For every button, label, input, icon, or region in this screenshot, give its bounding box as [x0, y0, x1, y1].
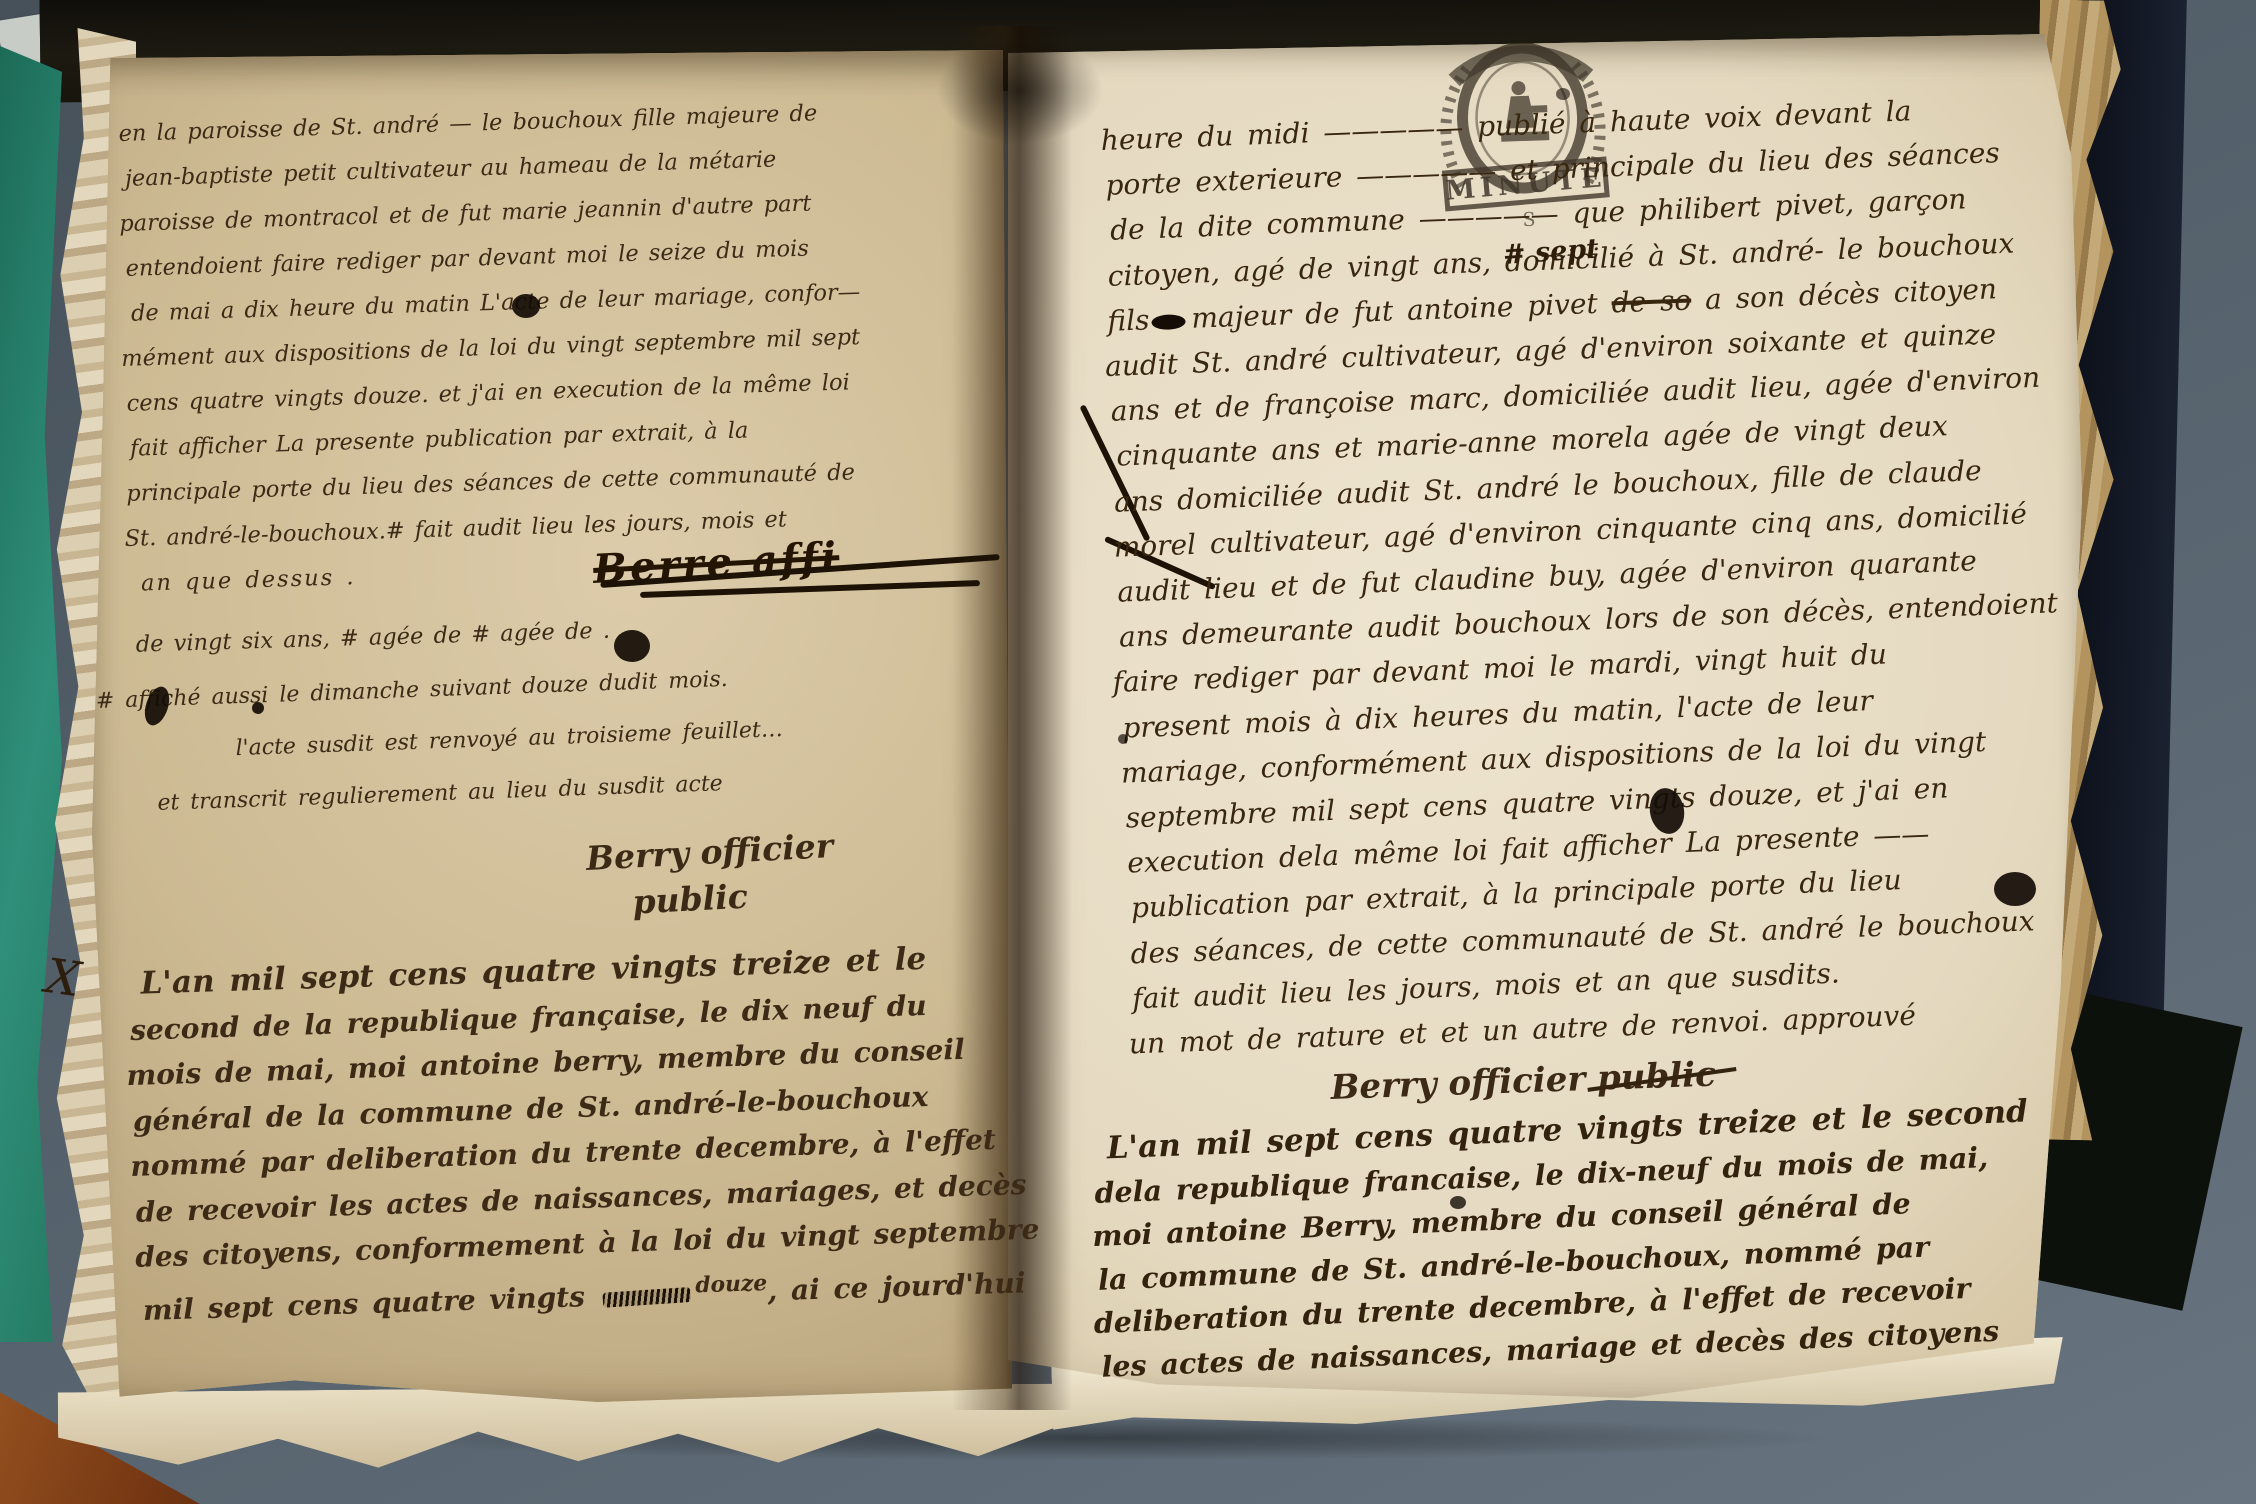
ink-blot [1118, 734, 1128, 744]
ink-blot [1556, 88, 1570, 100]
left-page-paragraph-2: L'an mil sept cens quatre vingts treize … [128, 934, 1042, 1333]
photo-open-register: MINUTE S en la paroisse de St. andré — l… [0, 0, 2256, 1504]
line-segment: fils [1107, 303, 1150, 338]
scratched-word [602, 1287, 691, 1308]
right-page-paragraph-1: heure du midi ————— publié à haute voix … [1100, 84, 2073, 1067]
inserted-correction: douze [695, 1270, 768, 1298]
binding-cloth [0, 46, 62, 1342]
line-segment: a son décès citoyen [1704, 272, 1997, 316]
left-page-margin-note: # affiché aussi le dimanche suivant douz… [95, 652, 786, 832]
ink-blot [512, 294, 540, 318]
struck-words: de so [1611, 283, 1692, 319]
ink-blot [1994, 872, 2036, 906]
right-page-paragraph-2: L'an mil sept cens quatre vingts treize … [1092, 1090, 2037, 1388]
left-page-signature: Berry officier public [585, 823, 837, 928]
line-segment: mil sept cens quatre vingts [142, 1279, 599, 1326]
ink-blot [1151, 314, 1186, 330]
ink-blot [252, 702, 264, 714]
ink-blot [614, 630, 650, 662]
ink-blot [1450, 1196, 1466, 1209]
line-segment: , ai ce jourd'hui [767, 1266, 1026, 1307]
